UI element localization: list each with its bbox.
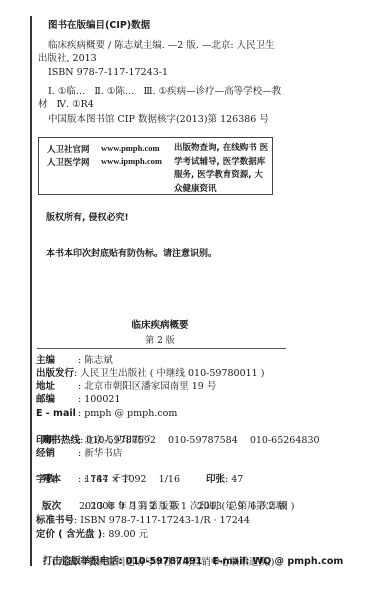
book-title: 临床疾病概要 (0, 317, 320, 331)
cip-classification-2: 材 Ⅳ. ①R4 (38, 98, 94, 111)
row-label: 版次 (42, 500, 84, 513)
services-description: 出版物查询, 在线购书 医学考试辅导, 医学数据库服务, 医学教育资源, 大众健… (174, 142, 270, 196)
cip-classification-1: Ⅰ. ①临… Ⅱ. ①陈… Ⅲ. ①疾病—诊疗—高等学校—教 (48, 85, 281, 98)
edition-label: 第 2 版 (0, 333, 320, 346)
colophon-divider (37, 348, 286, 349)
cip-heading: 图书在版编目(CIP)数据 (48, 17, 150, 31)
row-value: : 89.00 元 (102, 529, 148, 540)
colophon-row-email: E - mail: pmph @ pmph.com (36, 407, 177, 420)
left-margin-rule (30, 16, 32, 566)
colophon-row-isbn: 标准书号: ISBN 978-7-117-17243-1/R · 17244 (36, 514, 250, 527)
sheets-value: : 47 (225, 474, 243, 485)
row-label: 邮编 (36, 393, 78, 406)
copyright-notice: 版权所有, 侵权必究! (46, 210, 129, 223)
colophon-row-distributor: 经销: 新华书店 (36, 447, 122, 460)
row-label: 字数 (36, 473, 78, 486)
row-value: : ISBN 978-7-117-17243-1/R · 17244 (74, 515, 250, 526)
site-url-1[interactable]: www.pmph.com (101, 143, 160, 153)
sheets-label: 印张 (206, 473, 225, 486)
row-label: 出版发行 (36, 367, 74, 380)
cip-line-2: 出版社, 2013 (38, 52, 97, 65)
row-value: : 北京市朝阳区潘家园南里 19 号 (78, 381, 216, 392)
row-label: 经销 (36, 447, 78, 460)
colophon-row-publisher: 出版发行: 人民卫生出版社 ( 中继线 010-59780011 ) (36, 367, 264, 380)
row-value: : 陈志斌 (78, 355, 113, 366)
row-label: 标准书号 (36, 514, 74, 527)
row-value: : 新华书店 (78, 448, 122, 459)
row-value: 2013 年 9 月第 2 版第 1 次印刷 ( 总第 6 次印刷 ) (79, 501, 295, 512)
site-name-2: 人卫医学网 (47, 156, 90, 168)
row-value: : 100021 (78, 394, 121, 405)
colophon-row-printing: 2013 年 9 月第 2 版第 1 次印刷 ( 总第 6 次印刷 ) (79, 500, 295, 513)
row-label: 印刷 (36, 434, 78, 447)
cip-record-number: 中国版本图书馆 CIP 数据核字(2013)第 126386 号 (48, 113, 269, 126)
row-value: ( 凡属印装质量问题请与本社市场营销中心联系退换 ) (52, 557, 274, 568)
row-label: 定价 ( 含光盘 ) (36, 528, 102, 541)
publisher-info-box: 人卫社官网 www.pmph.com 人卫医学网 www.ipmph.com 出… (38, 137, 273, 195)
colophon-row-address: 地址: 北京市朝阳区潘家园南里 19 号 (36, 380, 216, 393)
cip-line-1: 临床疾病概要 / 陈志斌主编. —2 版. —北京: 人民卫生 (48, 39, 275, 52)
colophon-row-printer: 印刷: 北京人卫印刷厂 (36, 434, 151, 447)
cip-isbn: ISBN 978-7-117-17243-1 (48, 66, 168, 79)
colophon-row-postcode: 邮编: 100021 (36, 393, 121, 406)
row-value[interactable]: : pmph @ pmph.com (78, 408, 177, 419)
site-url-2[interactable]: www.ipmph.com (101, 156, 162, 166)
colophon-row-word-count: 字数: 1144 千字 (36, 473, 130, 486)
anti-counterfeit-notice: 本书本印次封底贴有防伪标。请注意识别。 (46, 246, 217, 259)
row-label: E - mail (36, 407, 78, 420)
row-label: 主编 (36, 354, 78, 367)
row-label: 地址 (36, 380, 78, 393)
row-value: : 北京人卫印刷厂 (78, 435, 151, 446)
colophon-row-return-note: ( 凡属印装质量问题请与本社市场营销中心联系退换 ) (52, 556, 274, 569)
colophon-row-price: 定价 ( 含光盘 ): 89.00 元 (36, 528, 148, 541)
colophon-row-editor: 主编: 陈志斌 (36, 354, 113, 367)
row-value: : 人民卫生出版社 ( 中继线 010-59780011 ) (74, 368, 264, 379)
row-value: : 1144 千字 (78, 474, 130, 485)
site-name-1: 人卫社官网 (47, 143, 90, 155)
